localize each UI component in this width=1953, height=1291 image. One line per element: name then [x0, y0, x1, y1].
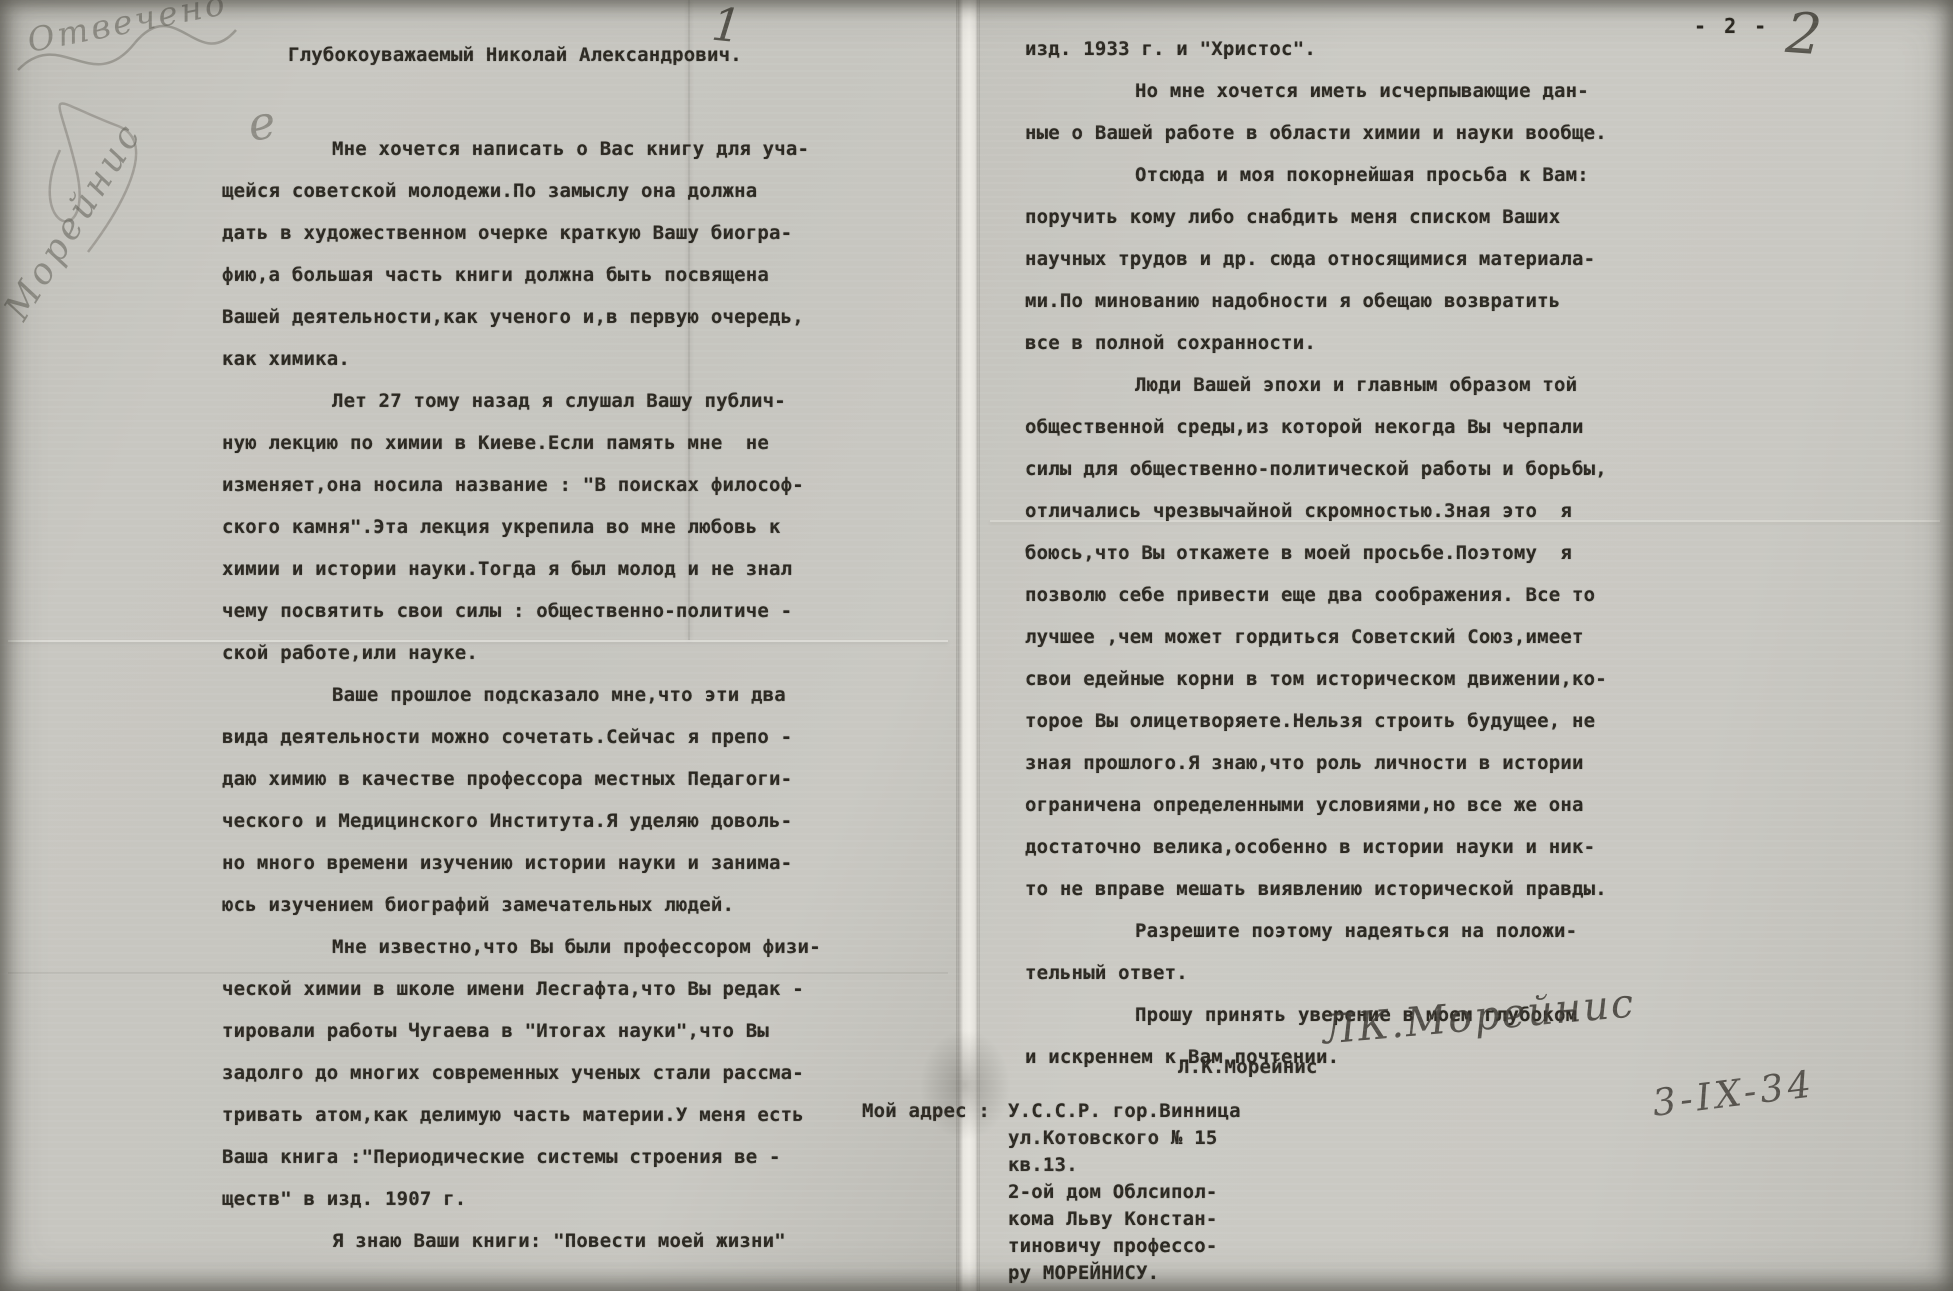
typed-line: но много времени изучению истории науки …: [222, 842, 821, 884]
page1-body: Мне хочется написать о Вас книгу для уча…: [222, 128, 821, 1262]
typed-line: ческой химии в школе имени Лесгафта,что …: [222, 968, 821, 1010]
typed-line: то не вправе мешать виявлению историческ…: [1025, 868, 1607, 910]
typed-line: ского камня".Эта лекция укрепила во мне …: [222, 506, 821, 548]
typed-line: Лет 27 тому назад я слушал Вашу публич-: [222, 380, 821, 422]
typed-line: ми.По минованию надобности я обещаю возв…: [1025, 280, 1607, 322]
typed-line: Но мне хочется иметь исчерпывающие дан-: [1025, 70, 1607, 112]
typed-line: чему посвятить свои силы : общественно-п…: [222, 590, 821, 632]
typed-line: ществ" в изд. 1907 г.: [222, 1178, 821, 1220]
page2-body: изд. 1933 г. и "Христос".Но мне хочется …: [1025, 28, 1607, 1078]
address-label: Мой адрес :: [862, 1098, 990, 1125]
typed-line: ную лекцию по химии в Киеве.Если память …: [222, 422, 821, 464]
address-line: ул.Котовского № 15: [1008, 1125, 1241, 1152]
typed-line: ограничена определенными условиями,но вс…: [1025, 784, 1607, 826]
typed-line: химии и истории науки.Тогда я был молод …: [222, 548, 821, 590]
typed-line: как химика.: [222, 338, 821, 380]
typed-line: Мне известно,что Вы были профессором физ…: [222, 926, 821, 968]
typed-line: ской работе,или науке.: [222, 632, 821, 674]
typed-line: боюсь,что Вы откажете в моей просьбе.Поэ…: [1025, 532, 1607, 574]
typed-line: свои едейные корни в том историческом дв…: [1025, 658, 1607, 700]
typed-line: лучшее ,чем может гордиться Советский Со…: [1025, 616, 1607, 658]
page-number-handwritten: 2: [1784, 1, 1824, 68]
typed-line: силы для общественно-политической работы…: [1025, 448, 1607, 490]
typed-line: щейся советской молодежи.По замыслу она …: [222, 170, 821, 212]
typed-line: научных трудов и др. сюда относящимися м…: [1025, 238, 1607, 280]
typed-line: задолго до многих современных ученых ста…: [222, 1052, 821, 1094]
typed-line: отличались чрезвычайной скромностью.Зная…: [1025, 490, 1607, 532]
typed-line: юсь изучением биографий замечательных лю…: [222, 884, 821, 926]
typed-line: тировали работы Чугаева в "Итогах науки"…: [222, 1010, 821, 1052]
typed-line: Люди Вашей эпохи и главным образом той: [1025, 364, 1607, 406]
typed-line: общественной среды,из которой некогда Вы…: [1025, 406, 1607, 448]
typed-line: дать в художественном очерке краткую Ваш…: [222, 212, 821, 254]
typed-line: все в полной сохранности.: [1025, 322, 1607, 364]
typed-line: даю химию в качестве профессора местных …: [222, 758, 821, 800]
typed-line: ческого и Медицинского Института.Я уделя…: [222, 800, 821, 842]
typed-line: ные о Вашей работе в области химии и нау…: [1025, 112, 1607, 154]
typed-line: торое Вы олицетворяете.Нельзя строить бу…: [1025, 700, 1607, 742]
letter-scan: Отвечено Морейнис е 1 Глубокоуважаемый Н…: [0, 0, 1953, 1291]
address-line: У.С.С.Р. гор.Винница: [1008, 1098, 1241, 1125]
typed-line: фию,а большая часть книги должна быть по…: [222, 254, 821, 296]
address-line: ру МОРЕЙНИСУ.: [1008, 1260, 1241, 1287]
salutation: Глубокоуважаемый Николай Александрович.: [288, 40, 742, 70]
typed-line: Ваше прошлое подсказало мне,что эти два: [222, 674, 821, 716]
typed-signature: Л.К.Морейнис: [1178, 1052, 1318, 1082]
typed-line: зная прошлого.Я знаю,что роль личности в…: [1025, 742, 1607, 784]
address-line: тиновичу профессо-: [1008, 1233, 1241, 1260]
typed-line: Отсюда и моя покорнейшая просьба к Вам:: [1025, 154, 1607, 196]
typed-line: достаточно велика,особенно в истории нау…: [1025, 826, 1607, 868]
typed-line: тривать атом,как делимую часть материи.У…: [222, 1094, 821, 1136]
typed-line: позволю себе привести еще два соображени…: [1025, 574, 1607, 616]
page-header-typed: - 2 -: [1694, 14, 1769, 38]
address-line: кв.13.: [1008, 1152, 1241, 1179]
page-number-handwritten: 1: [709, 0, 744, 53]
address-line: кома Льву Констан-: [1008, 1206, 1241, 1233]
typed-line: вида деятельности можно сочетать.Сейчас …: [222, 716, 821, 758]
address-block: У.С.С.Р. гор.Винницаул.Котовского № 15кв…: [1008, 1098, 1241, 1287]
typed-line: Вашей деятельности,как ученого и,в перву…: [222, 296, 821, 338]
typed-line: поручить кому либо снабдить меня списком…: [1025, 196, 1607, 238]
typed-line: изд. 1933 г. и "Христос".: [1025, 28, 1607, 70]
typed-line: Мне хочется написать о Вас книгу для уча…: [222, 128, 821, 170]
typed-line: Разрешите поэтому надеяться на положи-: [1025, 910, 1607, 952]
address-line: 2-ой дом Облсипол-: [1008, 1179, 1241, 1206]
typed-line: Я знаю Ваши книги: "Повести моей жизни": [222, 1220, 821, 1262]
typed-line: изменяет,она носила название : "В поиска…: [222, 464, 821, 506]
typed-line: тельный ответ.: [1025, 952, 1607, 994]
typed-line: Ваша книга :"Периодические системы строе…: [222, 1136, 821, 1178]
